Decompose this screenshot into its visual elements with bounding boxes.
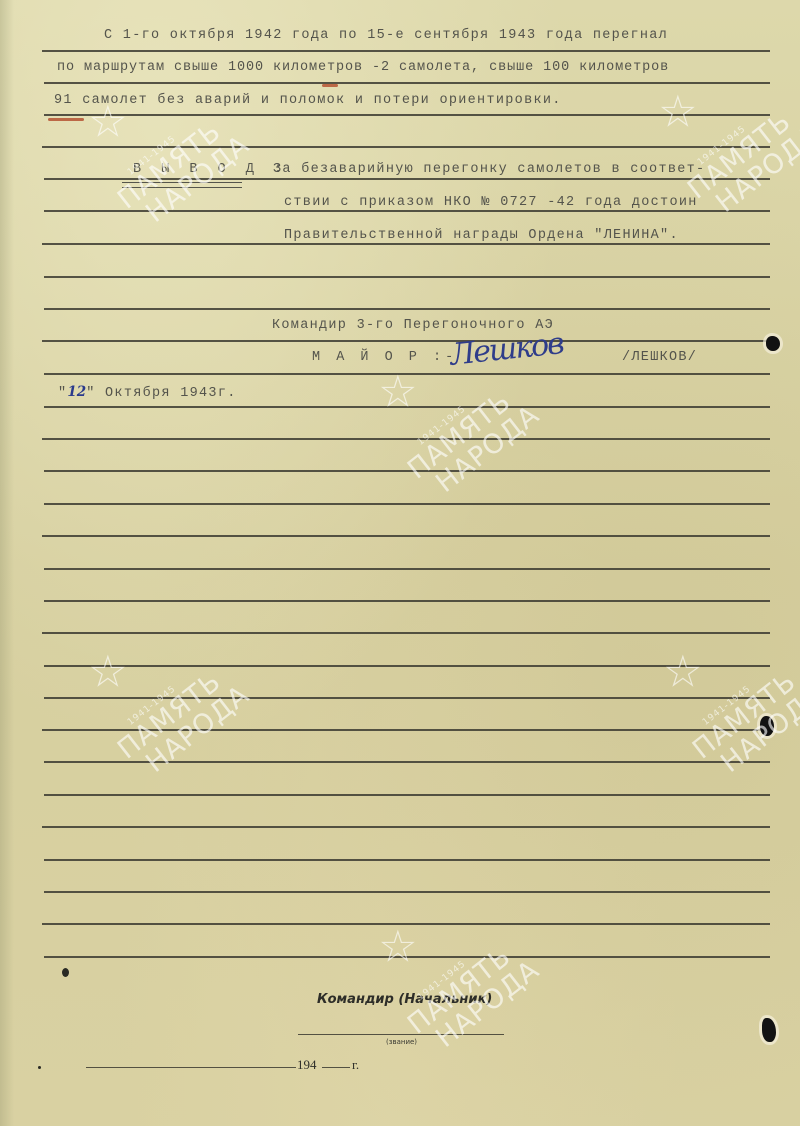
ruled-line <box>42 243 770 245</box>
red-pencil-mark <box>322 84 338 87</box>
ruled-line <box>44 82 770 84</box>
ruled-line <box>44 697 770 699</box>
rank-blank-line <box>298 1034 504 1035</box>
star-icon: ☆ <box>88 650 214 694</box>
ruled-line <box>42 146 770 148</box>
watermark-line-1: ПАМЯТЬ <box>688 659 800 765</box>
ruled-line <box>44 761 770 763</box>
date-line: "12" Октября 1943г. <box>58 384 237 401</box>
ink-spot <box>62 968 69 977</box>
ruled-line <box>44 859 770 861</box>
rank-caption: (звание) <box>386 1038 417 1046</box>
ruled-line <box>42 340 770 342</box>
watermark-line-1: ПАМЯТЬ <box>403 934 527 1040</box>
conclusion-line-3: Правительственной награды Ордена "ЛЕНИНА… <box>284 228 679 243</box>
date-close-quote: " <box>86 386 95 401</box>
punch-hole <box>760 716 774 736</box>
paper-tear <box>762 1018 776 1042</box>
conclusion-line-2: ствии с приказом НКО № 0727 -42 года дос… <box>284 195 698 210</box>
date-day: 12 <box>67 384 86 400</box>
year-suffix: г. <box>352 1057 359 1073</box>
year-prefix: 194 <box>297 1057 317 1073</box>
paper-left-edge <box>0 0 14 1126</box>
watermark-line-1: ПАМЯТЬ <box>403 379 527 485</box>
ruled-line <box>44 891 770 893</box>
ruled-line <box>44 503 770 505</box>
conclusion-label-underline <box>122 182 242 188</box>
star-icon: ☆ <box>663 650 789 694</box>
ruled-line <box>44 276 770 278</box>
ruled-line <box>42 632 770 634</box>
conclusion-line-1: За безаварийную перегонку самолетов в со… <box>273 162 705 177</box>
red-pencil-mark <box>48 118 84 121</box>
pamyat-naroda-watermark: ☆1941-1945ПАМЯТЬНАРОДА <box>370 891 545 1061</box>
ink-spot <box>38 1066 41 1069</box>
body-line-1: С 1-го октября 1942 года по 15-е сентябр… <box>104 28 668 43</box>
star-icon: ☆ <box>378 925 504 969</box>
ruled-line <box>42 438 770 440</box>
punch-hole <box>766 336 780 351</box>
star-icon: ☆ <box>658 90 784 134</box>
body-line-3: 91 самолет без аварий и поломок и потери… <box>54 93 562 108</box>
ruled-line <box>44 665 770 667</box>
ruled-line <box>44 600 770 602</box>
conclusion-label: В Ы В О Д : <box>133 162 288 177</box>
ruled-line <box>44 373 770 375</box>
ruled-line <box>42 535 770 537</box>
ruled-line <box>42 826 770 828</box>
ruled-line <box>44 956 770 958</box>
date-open-quote: " <box>58 386 67 401</box>
ruled-line <box>44 794 770 796</box>
ruled-line <box>42 50 770 52</box>
watermark-years: 1941-1945 <box>126 651 220 728</box>
date-blank-line-day <box>86 1067 296 1068</box>
commander-label: Командир (Начальник) <box>317 992 492 1007</box>
ruled-line <box>44 406 770 408</box>
watermark-years: 1941-1945 <box>696 91 790 168</box>
ruled-line <box>44 210 770 212</box>
body-line-2: по маршрутам свыше 1000 километров -2 са… <box>57 60 669 75</box>
ruled-line <box>42 729 770 731</box>
watermark-line-2: НАРОДА <box>432 401 545 498</box>
ruled-line <box>44 308 770 310</box>
watermark-years: 1941-1945 <box>416 371 510 448</box>
ruled-line <box>44 178 770 180</box>
handwritten-signature: Лешков <box>448 326 564 373</box>
ruled-line <box>44 114 770 116</box>
watermark-years: 1941-1945 <box>701 651 795 728</box>
watermark-line-2: НАРОДА <box>712 121 800 218</box>
signature-rank: М А Й О Р :- <box>312 350 457 365</box>
date-blank-line-year <box>322 1067 350 1068</box>
watermark-line-1: ПАМЯТЬ <box>113 659 237 765</box>
date-rest: Октября 1943г. <box>105 386 237 401</box>
signature-name: /ЛЕШКОВ/ <box>622 350 697 365</box>
ruled-line <box>44 568 770 570</box>
ruled-line <box>44 470 770 472</box>
ruled-line <box>42 923 770 925</box>
